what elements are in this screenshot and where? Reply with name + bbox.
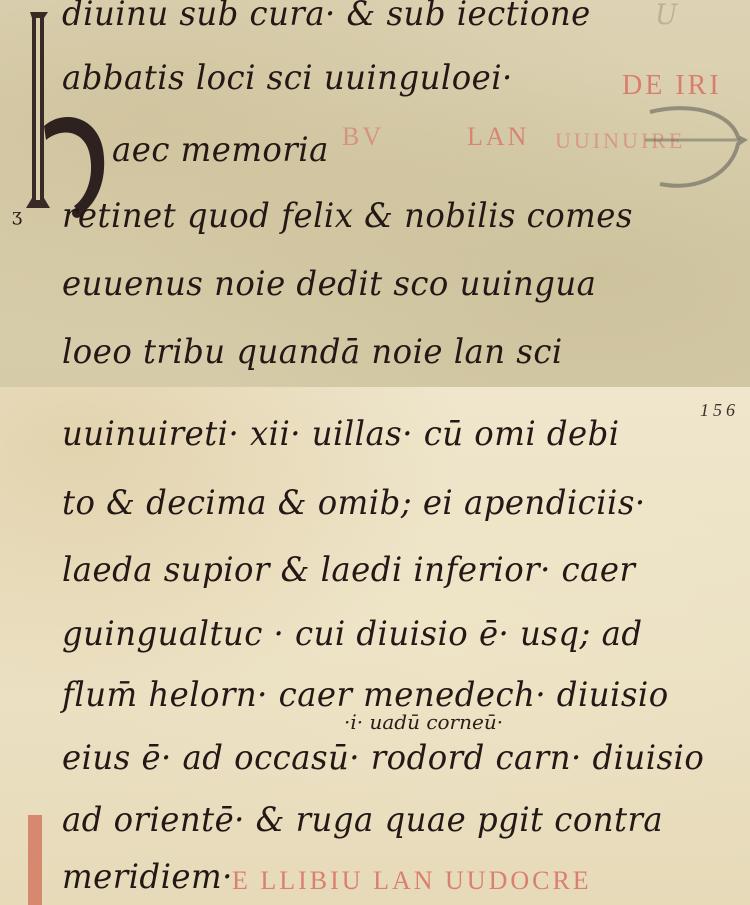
- rubric-heading-2: BV: [342, 122, 384, 152]
- rubric-heading-final: E LLIBIU LAN UUDOCRE: [232, 866, 592, 896]
- margin-mark: ʒ: [12, 205, 22, 226]
- text-line-3: aec memoria: [112, 130, 329, 170]
- marginal-pointer-icon: [640, 92, 750, 202]
- text-line-11: flum̄ helorn· caer menedech· diuisio: [62, 675, 669, 715]
- text-line-1: diuinu sub cura· & sub iectione: [62, 0, 591, 34]
- text-line-9: laeda supior & laedi inferior· caer: [62, 550, 635, 590]
- text-line-7: uuinuireti· xii· uillas· cū omi debi: [62, 414, 620, 454]
- text-line-6: loeo tribu quandā noie lan sci: [62, 332, 563, 372]
- text-line-2: abbatis loci sci uuinguloei·: [62, 58, 513, 98]
- manuscript-fragment-top: ʒ diuinu sub cura· & sub iectione U abba…: [0, 0, 750, 387]
- faded-text: U: [655, 0, 678, 31]
- text-line-5: euuenus noie dedit sco uuingua: [62, 264, 596, 304]
- text-line-14: meridiem·: [62, 857, 233, 897]
- text-line-8: to & decima & omib; ei apendiciis·: [62, 483, 646, 523]
- red-initial-stroke: [28, 815, 42, 905]
- decorated-initial-h-icon: [14, 8, 114, 218]
- interlinear-gloss: ·i· uadū corneū·: [344, 710, 503, 734]
- folio-number: 156: [700, 400, 739, 421]
- text-line-12: eius ē· ad occasū· rodord carn· diuisio: [62, 738, 704, 778]
- text-line-13: ad orientē· & ruga quae pgit contra: [62, 800, 663, 840]
- text-line-10: guingualtuc · cui diuisio ē· usq; ad: [62, 614, 642, 654]
- text-line-4: retinet quod felix & nobilis comes: [62, 196, 633, 236]
- rubric-heading-3: LAN: [467, 122, 529, 152]
